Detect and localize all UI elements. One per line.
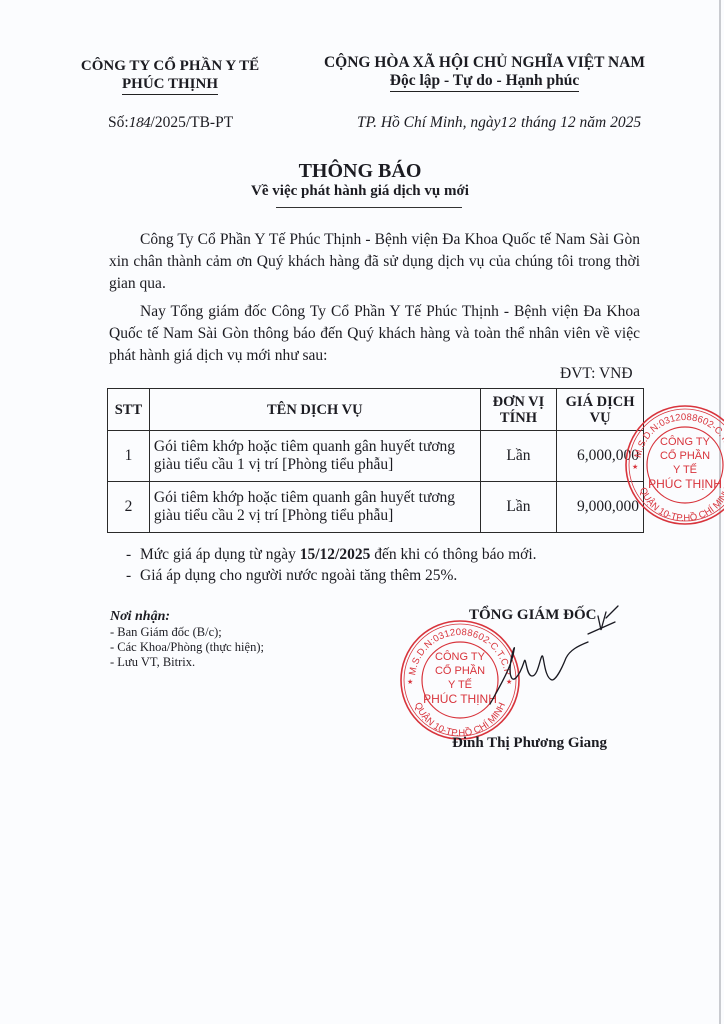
organization-name-line2: PHÚC THỊNH <box>122 75 218 95</box>
svg-text:★: ★ <box>506 678 512 686</box>
svg-text:Y TẾ: Y TẾ <box>673 463 697 476</box>
motto: Độc lập - Tự do - Hạnh phúc <box>390 72 579 92</box>
signer-title: TỔNG GIÁM ĐỐC <box>469 607 597 624</box>
cell-price: 9,000,000 <box>557 482 644 533</box>
svg-text:CÔNG TY: CÔNG TY <box>660 435 711 448</box>
title-divider <box>276 207 462 208</box>
national-name: CỘNG HÒA XÃ HỘI CHỦ NGHĨA VIỆT NAM <box>312 54 657 72</box>
svg-text:CỔ PHẦN: CỔ PHẦN <box>660 449 710 462</box>
intro-paragraph: Công Ty Cổ Phần Y Tế Phúc Thịnh - Bệnh v… <box>109 229 640 295</box>
page-edge <box>719 0 721 1024</box>
cell-price: 6,000,000 <box>557 431 644 482</box>
document-subtitle: Về việc phát hành giá dịch vụ mới <box>200 183 520 200</box>
service-price-table: STT TÊN DỊCH VỤ ĐƠN VỊ TÍNH GIÁ DỊCH VỤ … <box>107 388 644 533</box>
cell-service-name: Gói tiêm khớp hoặc tiêm quanh gân huyết … <box>149 482 480 533</box>
currency-unit: ĐVT: VNĐ <box>560 365 633 383</box>
recipients: Nơi nhận: - Ban Giám đốc (B/c); - Các Kh… <box>110 608 264 670</box>
recipients-heading: Nơi nhận: <box>110 608 264 625</box>
table-header-row: STT TÊN DỊCH VỤ ĐƠN VỊ TÍNH GIÁ DỊCH VỤ <box>108 389 644 431</box>
cell-stt: 2 <box>108 482 150 533</box>
header-price: GIÁ DỊCH VỤ <box>557 389 644 431</box>
recipient-item: - Ban Giám đốc (B/c); <box>110 625 264 640</box>
header-service-name: TÊN DỊCH VỤ <box>149 389 480 431</box>
national-motto: CỘNG HÒA XÃ HỘI CHỦ NGHĨA VIỆT NAM Độc l… <box>312 54 657 92</box>
svg-text:QUẬN 10-TP.HỒ CHÍ MINH: QUẬN 10-TP.HỒ CHÍ MINH <box>412 701 508 739</box>
cell-unit: Lần <box>480 431 557 482</box>
svg-text:PHÚC THỊNH: PHÚC THỊNH <box>648 476 722 491</box>
svg-text:PHÚC THỊNH: PHÚC THỊNH <box>423 691 497 706</box>
table-row: 1 Gói tiêm khớp hoặc tiêm quanh gân huyế… <box>108 431 644 482</box>
effective-date: 15/12/2025 <box>300 546 371 563</box>
organization-name-line1: CÔNG TY CỔ PHẦN Y TẾ <box>70 57 270 75</box>
organization-header: CÔNG TY CỔ PHẦN Y TẾ PHÚC THỊNH <box>70 57 270 95</box>
note-item: -Mức giá áp dụng từ ngày 15/12/2025 đến … <box>140 544 537 565</box>
document-number: Số:184/2025/TB-PT <box>108 114 233 132</box>
note-item: -Giá áp dụng cho người nước ngoài tăng t… <box>140 565 537 586</box>
header-unit: ĐƠN VỊ TÍNH <box>480 389 557 431</box>
company-seal-icon: M.S.D.N:0312088602-C.T.C.P QUẬN 10-TP.HỒ… <box>398 618 522 742</box>
cell-stt: 1 <box>108 431 150 482</box>
header-stt: STT <box>108 389 150 431</box>
document-title: THÔNG BÁO <box>200 160 520 183</box>
cell-unit: Lần <box>480 482 557 533</box>
handwritten-day: 12 <box>501 116 518 131</box>
recipient-item: - Lưu VT, Bitrix. <box>110 655 264 670</box>
svg-text:CÔNG TY: CÔNG TY <box>435 650 486 663</box>
svg-text:M.S.D.N:0312088602-C.T.C.P: M.S.D.N:0312088602-C.T.C.P <box>407 627 513 676</box>
svg-text:CỔ PHẦN: CỔ PHẦN <box>435 664 485 677</box>
svg-text:★: ★ <box>407 678 413 686</box>
announcement-paragraph: Nay Tổng giám đốc Công Ty Cổ Phần Y Tế P… <box>109 301 640 367</box>
cell-service-name: Gói tiêm khớp hoặc tiêm quanh gân huyết … <box>149 431 480 482</box>
svg-text:QUẬN 10-TP.HỒ CHÍ MINH: QUẬN 10-TP.HỒ CHÍ MINH <box>637 486 724 524</box>
handwritten-number: 184 <box>129 116 151 131</box>
recipient-item: - Các Khoa/Phòng (thực hiện); <box>110 640 264 655</box>
date-line: TP. Hồ Chí Minh, ngày12 tháng 12 năm 202… <box>357 114 641 132</box>
notes-list: -Mức giá áp dụng từ ngày 15/12/2025 đến … <box>140 544 537 586</box>
signer-name: Đinh Thị Phương Giang <box>452 735 607 752</box>
svg-text:Y TẾ: Y TẾ <box>448 678 472 691</box>
table-row: 2 Gói tiêm khớp hoặc tiêm quanh gân huyế… <box>108 482 644 533</box>
svg-text:M.S.D.N:0312088602-C.T.C.P: M.S.D.N:0312088602-C.T.C.P <box>633 412 724 459</box>
